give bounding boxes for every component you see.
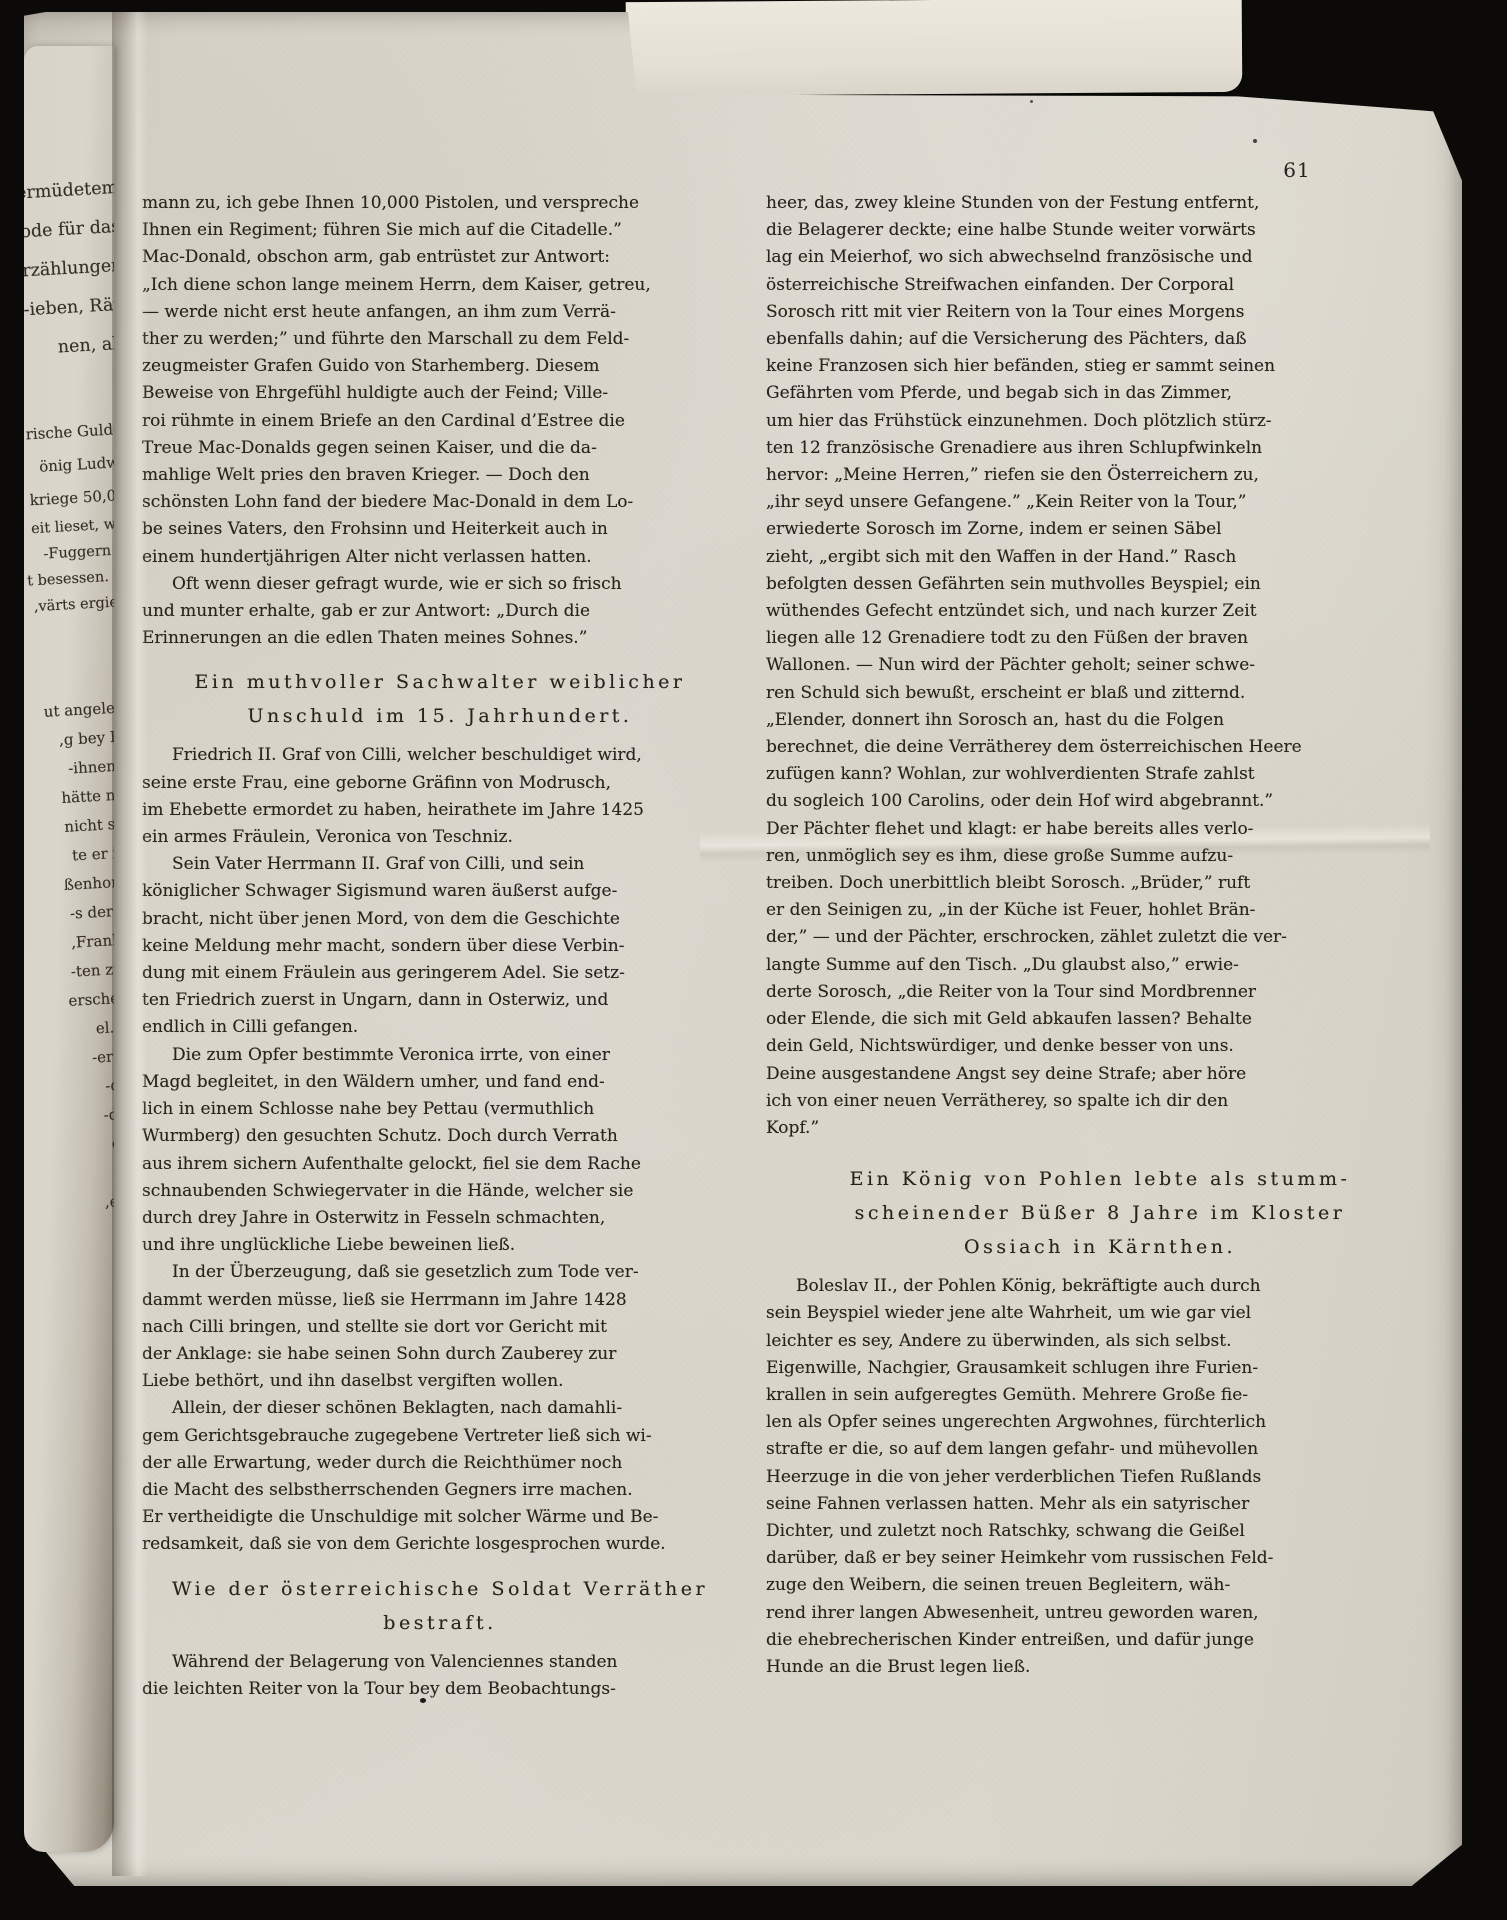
paragraph-sorosch: heer, das, zwey kleine Stunden von der F… (766, 190, 1434, 1142)
paragraph-vertreter: Allein, der dieser schönen Beklagten, na… (142, 1395, 738, 1558)
spine-text-fragment: eit lieset, wird Fuggern nie- t besessen… (24, 510, 114, 626)
section-heading-sachwalter: Ein muthvoller Sachwalter weiblicher Uns… (142, 665, 738, 733)
paragraph-friedrich: Friedrich II. Graf von Cilli, welcher be… (142, 742, 738, 851)
text-column-left: mann zu, ich gebe Ihnen 10,000 Pistolen,… (142, 190, 738, 1703)
paragraph-boleslav: Boleslav II., der Pohlen König, bekräfti… (766, 1273, 1434, 1681)
ink-speck (1030, 100, 1033, 103)
page-number: 61 (1262, 158, 1332, 182)
page-content: mann zu, ich gebe Ihnen 10,000 Pistolen,… (142, 190, 1434, 1703)
ink-speck (1253, 139, 1257, 143)
text-column-right: heer, das, zwey kleine Stunden von der F… (766, 190, 1434, 1703)
paragraph-belagerung: Während der Belagerung von Valenciennes … (142, 1649, 738, 1703)
spine-text-fragment: ch bey aiser (24, 1407, 114, 1481)
paragraph-macdonald: mann zu, ich gebe Ihnen 10,000 Pistolen,… (142, 190, 738, 571)
spine-text-fragment: rische Gulden önig Ludwig kriege 50,000 (24, 413, 114, 524)
underlying-leaf-edge (626, 0, 1243, 96)
spine-text-fragment: unermüdetem Tode für das Erzählungen ieb… (24, 169, 114, 376)
paragraph-veronica: Die zum Opfer bestimmte Veronica irrte, … (142, 1042, 738, 1260)
paragraph-ueberzeugung: In der Überzeugung, daß sie gesetzlich z… (142, 1259, 738, 1395)
book-page: 61 mann zu, ich gebe Ihnen 10,000 Pistol… (24, 12, 1462, 1886)
spine-text-fragment: ut angelegtes g bey Fleiß, ihnen. Kai- h… (24, 692, 114, 1399)
section-heading-soldat: Wie der österreichische Soldat Verräther… (142, 1572, 738, 1640)
ink-speck (420, 1698, 426, 1703)
spine-fragments: unermüdetem Tode für das Erzählungen ieb… (24, 46, 114, 1852)
paragraph-herrmann: Sein Vater Herrmann II. Graf von Cilli, … (142, 851, 738, 1041)
spine-text-fragment: durch r fran- n dem Irlän- in der Haupt. (24, 1501, 114, 1699)
previous-page-fore-edge: unermüdetem Tode für das Erzählungen ieb… (24, 46, 114, 1852)
section-heading-koenig: Ein König von Pohlen lebte als stumm- sc… (766, 1162, 1434, 1264)
paragraph-macdonald-answer: Oft wenn dieser gefragt wurde, wie er si… (142, 571, 738, 653)
